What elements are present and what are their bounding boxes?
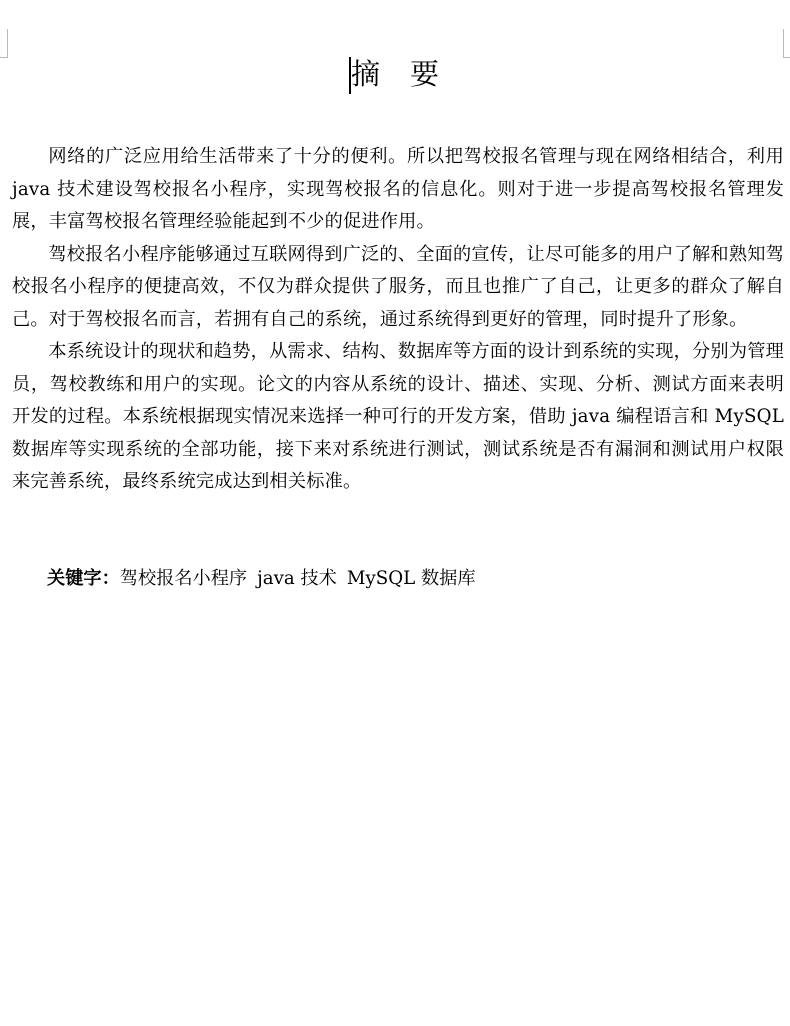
title-char-1: 摘 bbox=[351, 56, 380, 92]
keywords-line[interactable]: 关键字：驾校报名小程序java 技术MySQL 数据库 bbox=[47, 563, 486, 595]
title-char-2: 要 bbox=[410, 56, 439, 92]
page-title[interactable]: 摘要 bbox=[351, 56, 439, 92]
abstract-paragraph-2[interactable]: 驾校报名小程序能够通过互联网得到广泛的、全面的宣传，让尽可能多的用户了解和熟知驾… bbox=[12, 239, 784, 337]
keyword-item: java 技术 bbox=[257, 568, 337, 589]
text-cursor bbox=[349, 57, 351, 94]
keywords-label: 关键字： bbox=[47, 568, 120, 589]
abstract-paragraph-1[interactable]: 网络的广泛应用给生活带来了十分的便利。所以把驾校报名管理与现在网络相结合，利用 … bbox=[12, 141, 784, 239]
keyword-item: 驾校报名小程序 bbox=[120, 568, 247, 589]
abstract-paragraph-3[interactable]: 本系统设计的现状和趋势，从需求、结构、数据库等方面的设计到系统的实现，分别为管理… bbox=[12, 336, 784, 499]
keyword-item: MySQL 数据库 bbox=[347, 568, 476, 589]
page-margin-corner-left bbox=[0, 29, 8, 58]
title-block: 摘要 bbox=[0, 56, 790, 92]
abstract-body[interactable]: 网络的广泛应用给生活带来了十分的便利。所以把驾校报名管理与现在网络相结合，利用 … bbox=[12, 141, 784, 499]
page-margin-corner-right bbox=[783, 29, 790, 58]
